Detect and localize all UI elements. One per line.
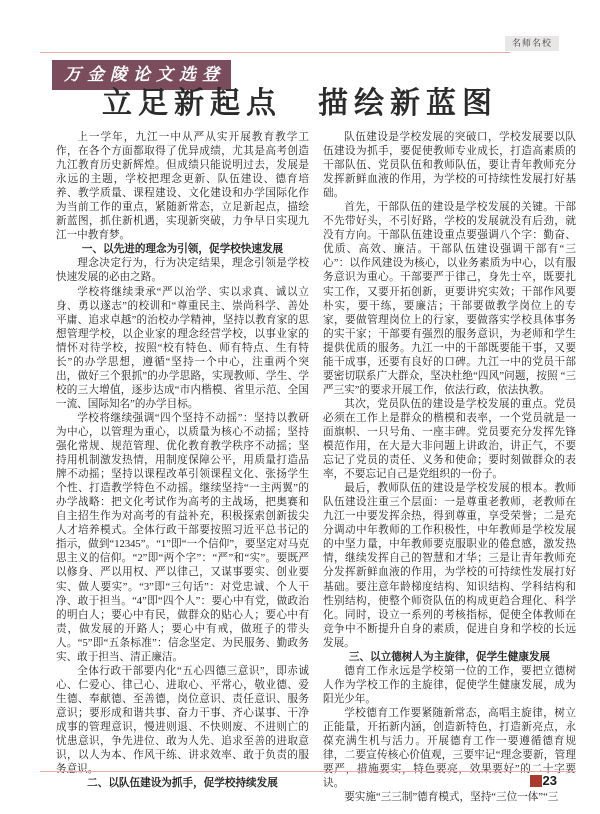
paragraph: 要实施“三三制”德育模式，坚持“三位一体”“三 (323, 791, 576, 805)
journal-section-label: 名师名校 (505, 36, 559, 51)
paragraph: 上一学年，九江一中从严从实开展教育教学工作，在各个方面都取得了优异成绩，尤其是高… (56, 131, 309, 243)
paragraph: 其次，党员队伍的建设是学校发展的重点。党员必须在工作上是群众的楷模和表率，一个党… (323, 398, 576, 482)
paragraph: 学校将继续秉承“严以治学、实以求真、诚以立身、勇以遂志”的校训和“尊重民主、崇尚… (56, 286, 309, 412)
magazine-page: 名师名校 万金陵论文选登 立足新起点 描绘新蓝图 上一学年，九江一中从严从实开展… (0, 0, 600, 814)
section-heading-2: 二、以队伍建设为抓手，促学校持续发展 (56, 777, 309, 791)
page-number: 23 (530, 774, 557, 787)
page-number-value: 23 (543, 774, 557, 787)
paragraph: 队伍建设是学校发展的突破口，学校发展要以队伍建设为抓手，要促使教师专业成长，打造… (323, 131, 576, 201)
footer-divider (40, 771, 576, 772)
paragraph: 最后，教师队伍的建设是学校发展的根本。教师队伍建设注重三个层面：一是尊重老教师，… (323, 482, 576, 651)
header-divider (40, 52, 510, 53)
section-heading-3: 三、以立德树人为主旋律，促学生健康发展 (323, 651, 576, 665)
article-body: 上一学年，九江一中从严从实开展教育教学工作，在各个方面都取得了优异成绩，尤其是高… (56, 131, 576, 805)
page-number-marker-icon (530, 775, 542, 787)
right-column: 队伍建设是学校发展的突破口，学校发展要以队伍建设为抓手，要促使教师专业成长，打造… (323, 131, 576, 805)
article-title: 立足新起点 描绘新蓝图 (0, 86, 600, 122)
paragraph: 首先，干部队伍的建设是学校发展的关键。干部不先带好头，不引好路，学校的发展就没有… (323, 201, 576, 398)
paragraph: 全体行政干部要内化“五心四德三意识”，即赤诚心、仁爱心、律己心、进取心、平常心，… (56, 665, 309, 777)
paragraph: 学校将继续强调“四个坚持不动摇”：坚持以教研为中心，以管理为重心，以质量为核心不… (56, 412, 309, 665)
paragraph: 德育工作永远是学校第一位的工作，要把立德树人作为学校工作的主旋律，促使学生健康发… (323, 665, 576, 707)
paragraph: 理念决定行为，行为决定结果，理念引领是学校快速发展的必由之路。 (56, 257, 309, 285)
left-column: 上一学年，九江一中从严从实开展教育教学工作，在各个方面都取得了优异成绩，尤其是高… (56, 131, 309, 805)
section-heading-1: 一、以先进的理念为引领，促学校快速发展 (56, 243, 309, 257)
